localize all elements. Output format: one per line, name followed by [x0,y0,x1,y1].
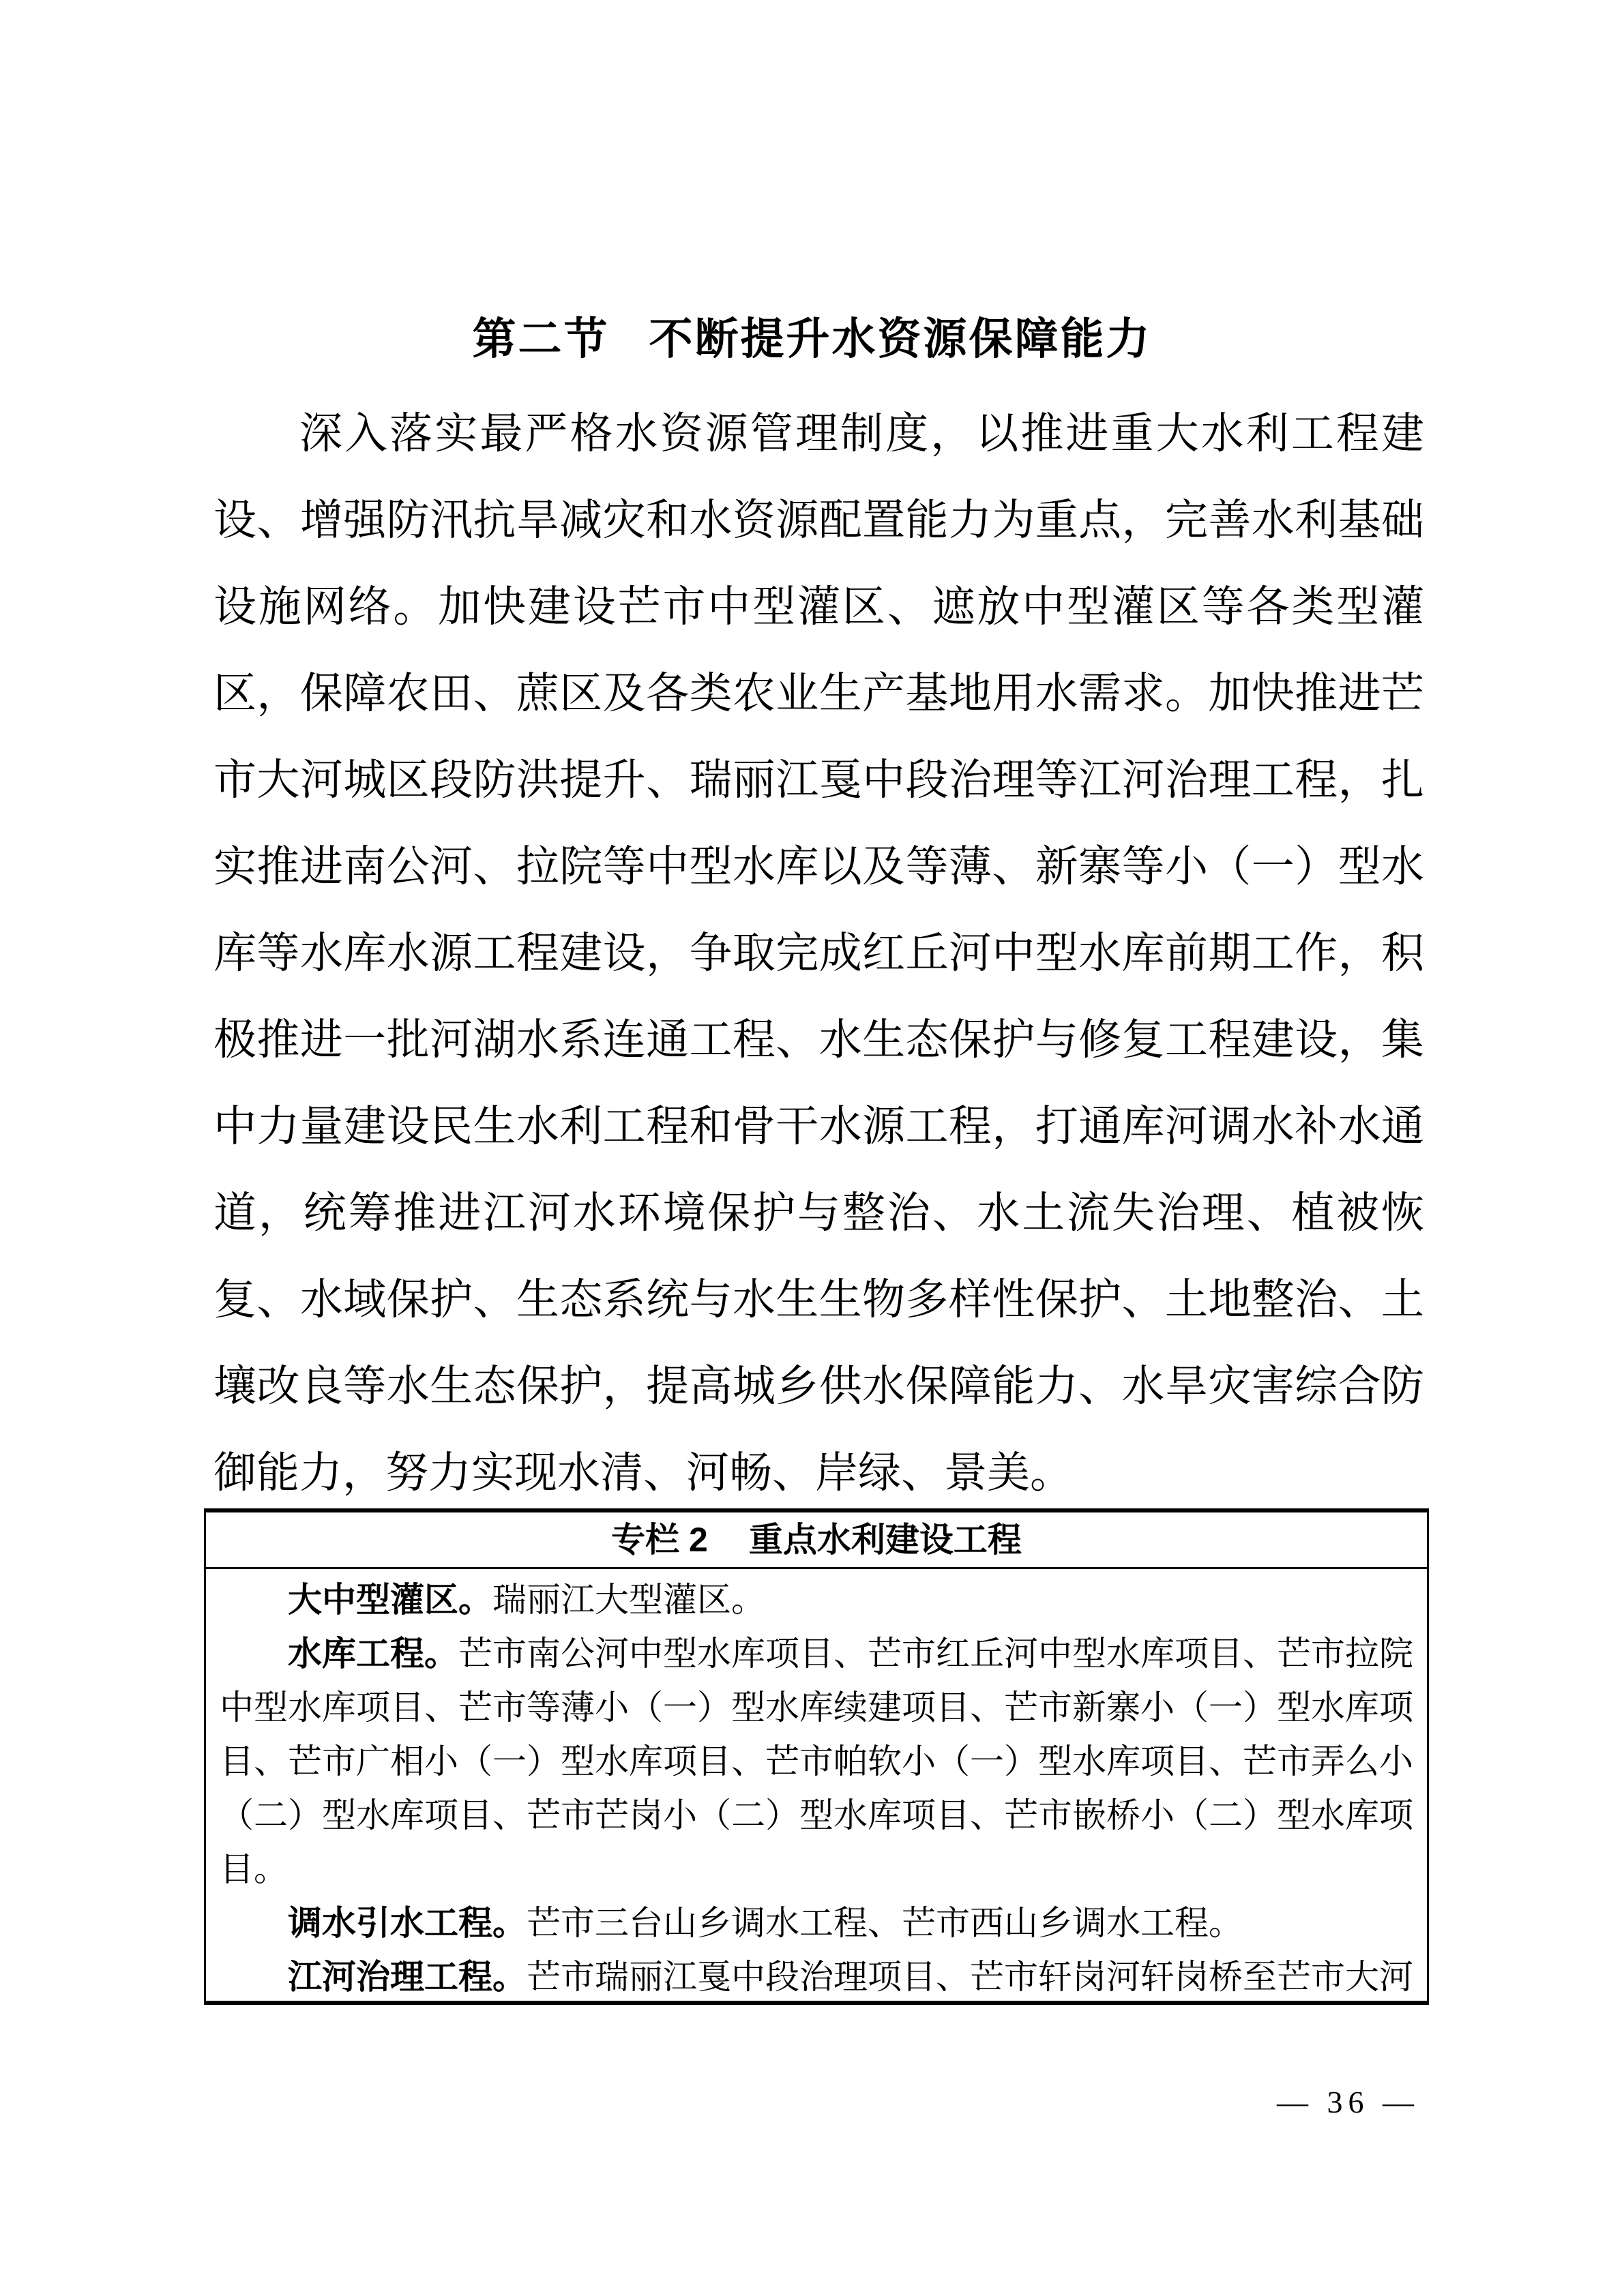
callout-title: 重点水利建设工程 [749,1521,1022,1559]
document-page: 第二节不断提升水资源保障能力 深入落实最严格水资源管理制度，以推进重大水利工程建… [0,0,1624,2296]
page-number: — 36 — [1277,2084,1419,2120]
callout-item: 水库工程。芒市南公河中型水库项目、芒市红丘河中型水库项目、芒市拉院中型水库项目、… [220,1627,1413,1896]
body-paragraph: 深入落实最严格水资源管理制度，以推进重大水利工程建设、增强防汛抗旱减灾和水资源配… [213,391,1424,1517]
callout-box: 专栏 2重点水利建设工程 大中型灌区。瑞丽江大型灌区。 水库工程。芒市南公河中型… [204,1508,1429,2005]
callout-body: 大中型灌区。瑞丽江大型灌区。 水库工程。芒市南公河中型水库项目、芒市红丘河中型水… [206,1569,1427,2005]
callout-item-label: 江河治理工程。 [288,1958,527,1996]
callout-item-label: 调水引水工程。 [288,1904,527,1942]
callout-item-label: 大中型灌区。 [288,1581,492,1619]
callout-item-text: 瑞丽江大型灌区。 [492,1581,765,1619]
section-title-label: 第二节 [473,314,610,363]
section-title: 第二节不断提升水资源保障能力 [0,304,1624,367]
callout-item: 江河治理工程。芒市瑞丽江戛中段治理项目、芒市轩岗河轩岗桥至芒市大河交汇口段治理项… [220,1950,1413,2005]
callout-item: 调水引水工程。芒市三台山乡调水工程、芒市西山乡调水工程。 [220,1896,1413,1950]
callout-item-label: 水库工程。 [288,1635,458,1673]
callout-item: 大中型灌区。瑞丽江大型灌区。 [220,1573,1413,1627]
callout-item-text: 芒市三台山乡调水工程、芒市西山乡调水工程。 [527,1904,1243,1942]
callout-header: 专栏 2重点水利建设工程 [206,1512,1427,1569]
callout-label: 专栏 2 [611,1521,708,1559]
section-title-text: 不断提升水资源保障能力 [649,314,1152,363]
